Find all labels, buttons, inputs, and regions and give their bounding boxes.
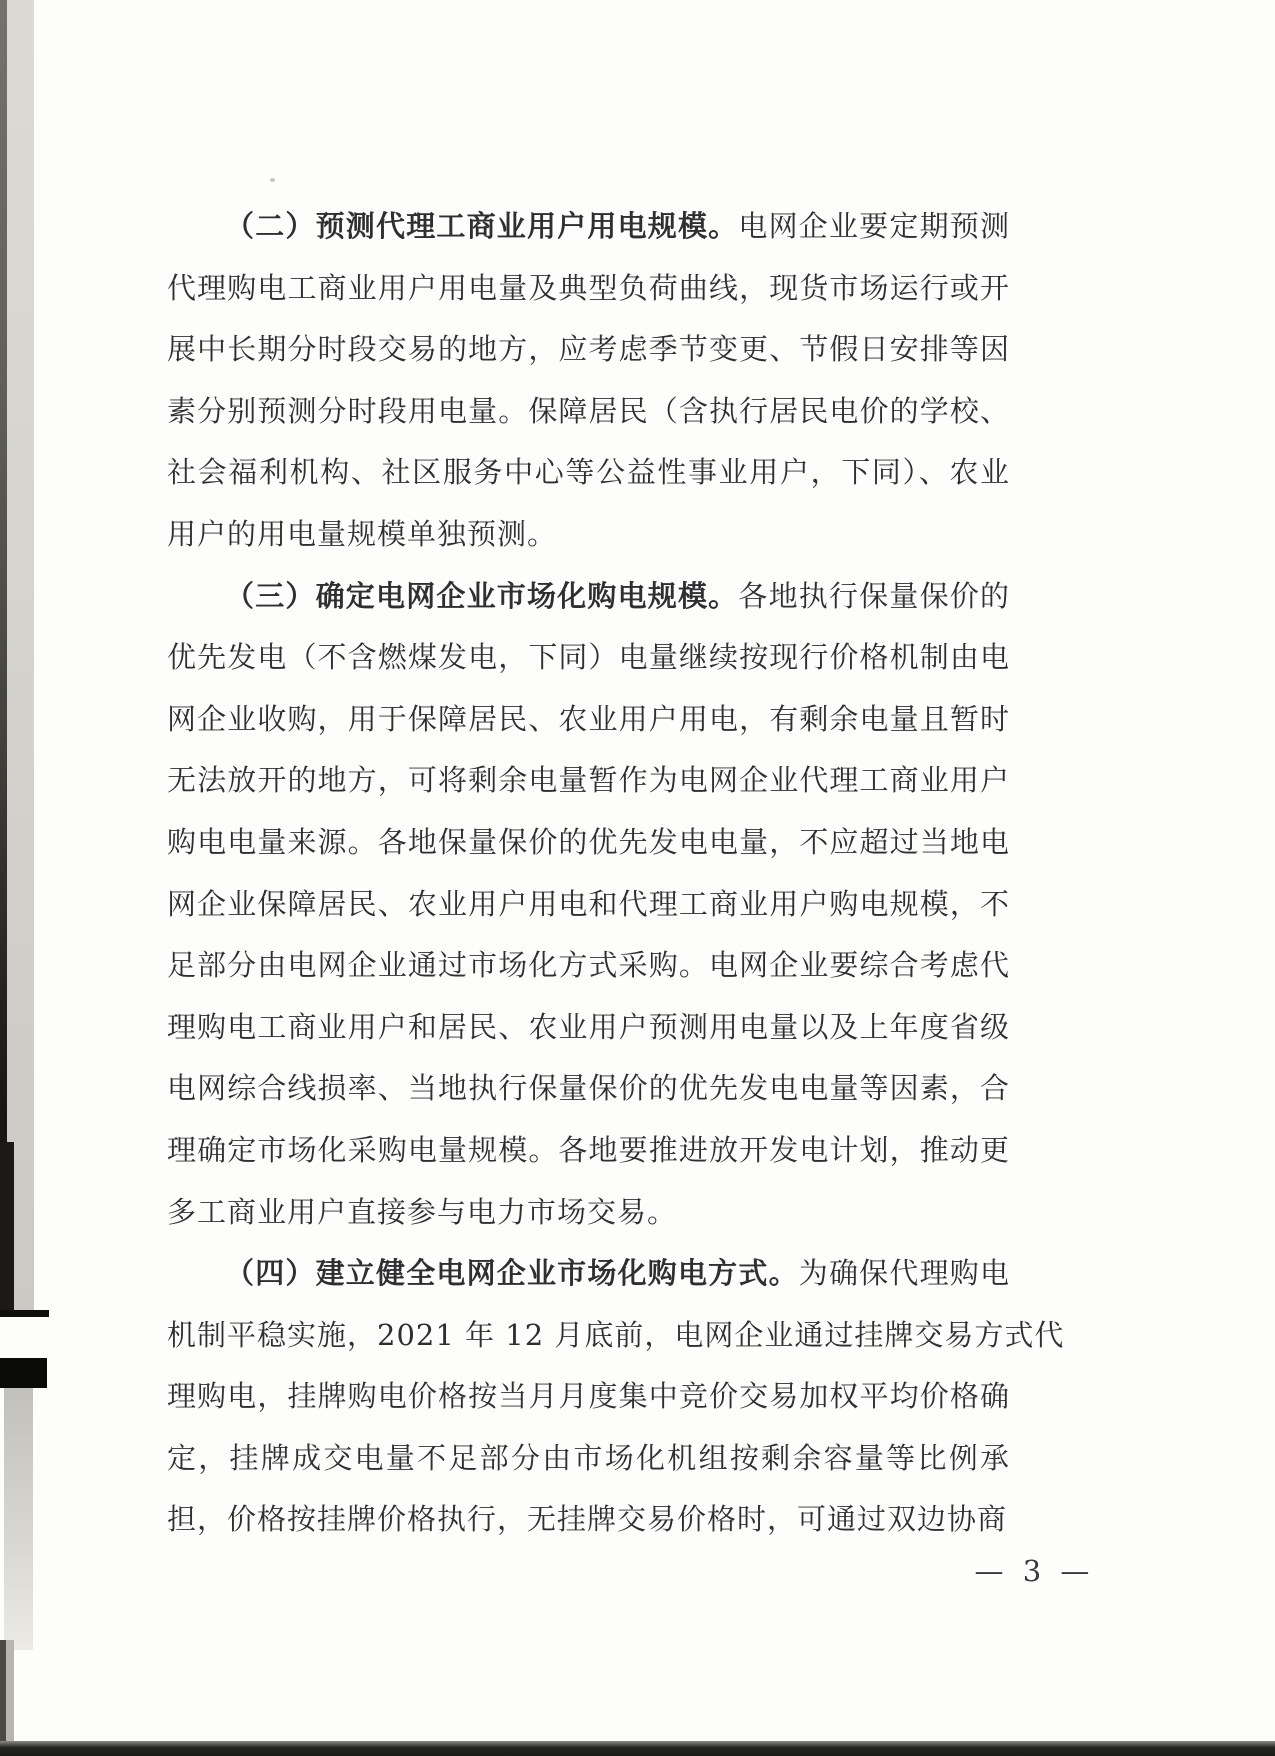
text-line: 机制平稳实施，2021 年 12 月底前，电网企业通过挂牌交易方式代 (167, 1305, 1010, 1367)
text-line: 社会福利机构、社区服务中心等公益性事业用户，下同）、农业 (167, 442, 1010, 504)
text-line: 网企业收购，用于保障居民、农业用户用电，有剩余电量且暂时 (167, 689, 1010, 751)
text-segment: 足部分由电网企业通过市场化方式采购。电网企业要综合考虑代 (167, 948, 1010, 982)
text-line: 无法放开的地方，可将剩余电量暂作为电网企业代理工商业用户 (167, 750, 1010, 812)
text-line: 素分别预测分时段用电量。保障居民（含执行居民电价的学校、 (167, 381, 1010, 443)
scan-artifact-bar (0, 1310, 49, 1317)
text-line: 网企业保障居民、农业用户用电和代理工商业用户购电规模，不 (167, 874, 1010, 936)
text-line: 理购电工商业用户和居民、农业用户预测用电量以及上年度省级 (167, 997, 1010, 1059)
text-line: 购电电量来源。各地保量保价的优先发电电量，不应超过当地电 (167, 812, 1010, 874)
scan-artifact-block-bottom (0, 1358, 47, 1388)
scan-edge-bottom-left-gray (6, 1640, 14, 1756)
text-segment: 电网企业要定期预测 (738, 209, 1010, 243)
text-line: 优先发电（不含燃煤发电，下同）电量继续按现行价格机制由电 (167, 627, 1010, 689)
text-segment: 担，价格按挂牌价格执行，无挂牌交易价格时，可通过双边协商 (167, 1502, 1007, 1536)
scan-artifact-block-top (0, 1142, 14, 1310)
text-line: （三）确定电网企业市场化购电规模。各地执行保量保价的 (167, 566, 1010, 628)
scan-edge-left-light (7, 0, 34, 1310)
scan-edge-bottom (0, 1741, 1275, 1756)
text-segment: 优先发电（不含燃煤发电，下同）电量继续按现行价格机制由电 (167, 640, 1010, 674)
text-segment: 各地执行保量保价的 (738, 579, 1010, 613)
text-segment: 定，挂牌成交电量不足部分由市场化机组按剩余容量等比例承 (167, 1441, 1010, 1475)
text-segment: 为确保代理购电 (799, 1256, 1010, 1290)
text-line: （四）建立健全电网企业市场化购电方式。为确保代理购电 (167, 1243, 1010, 1305)
scan-edge-left-dark (0, 0, 7, 1310)
text-segment: 理确定市场化采购电量规模。各地要推进放开发电计划，推动更 (167, 1133, 1010, 1167)
text-line: 多工商业用户直接参与电力市场交易。 (167, 1182, 1010, 1244)
text-line: 用户的用电量规模单独预测。 (167, 504, 1010, 566)
text-line: 理购电，挂牌购电价格按当月月度集中竞价交易加权平均价格确 (167, 1366, 1010, 1428)
text-segment: 机制平稳实施，2021 年 12 月底前，电网企业通过挂牌交易方式代 (167, 1318, 1064, 1352)
paragraph-heading: （四）建立健全电网企业市场化购电方式。 (225, 1256, 799, 1290)
paragraph-heading: （二）预测代理工商业用户用电规模。 (225, 209, 738, 243)
text-segment: 电网综合线损率、当地执行保量保价的优先发电电量等因素，合 (167, 1071, 1010, 1105)
text-segment: 代理购电工商业用户用电量及典型负荷曲线，现货市场运行或开 (167, 271, 1010, 305)
text-segment: 多工商业用户直接参与电力市场交易。 (167, 1195, 677, 1229)
text-block: （二）预测代理工商业用户用电规模。电网企业要定期预测代理购电工商业用户用电量及典… (167, 196, 1010, 1551)
page-number: — 3 — (902, 1550, 1162, 1592)
text-line: （二）预测代理工商业用户用电规模。电网企业要定期预测 (167, 196, 1010, 258)
text-segment: 用户的用电量规模单独预测。 (167, 517, 557, 551)
text-segment: 理购电，挂牌购电价格按当月月度集中竞价交易加权平均价格确 (167, 1379, 1010, 1413)
text-line: 展中长期分时段交易的地方，应考虑季节变更、节假日安排等因 (167, 319, 1010, 381)
text-segment: 展中长期分时段交易的地方，应考虑季节变更、节假日安排等因 (167, 332, 1010, 366)
document-page: （二）预测代理工商业用户用电规模。电网企业要定期预测代理购电工商业用户用电量及典… (0, 0, 1275, 1756)
scan-edge-lower (4, 1388, 33, 1650)
text-line: 担，价格按挂牌价格执行，无挂牌交易价格时，可通过双边协商 (167, 1489, 1010, 1551)
text-segment: 理购电工商业用户和居民、农业用户预测用电量以及上年度省级 (167, 1010, 1010, 1044)
text-segment: 购电电量来源。各地保量保价的优先发电电量，不应超过当地电 (167, 825, 1010, 859)
text-segment: 社会福利机构、社区服务中心等公益性事业用户，下同）、农业 (167, 455, 1010, 489)
text-line: 足部分由电网企业通过市场化方式采购。电网企业要综合考虑代 (167, 935, 1010, 997)
scan-speck (270, 178, 275, 182)
text-line: 代理购电工商业用户用电量及典型负荷曲线，现货市场运行或开 (167, 258, 1010, 320)
text-segment: 网企业收购，用于保障居民、农业用户用电，有剩余电量且暂时 (167, 702, 1010, 736)
text-segment: 网企业保障居民、农业用户用电和代理工商业用户购电规模，不 (167, 887, 1010, 921)
text-segment: 无法放开的地方，可将剩余电量暂作为电网企业代理工商业用户 (167, 763, 1010, 797)
text-line: 定，挂牌成交电量不足部分由市场化机组按剩余容量等比例承 (167, 1428, 1010, 1490)
text-segment: 素分别预测分时段用电量。保障居民（含执行居民电价的学校、 (167, 394, 1010, 428)
text-line: 电网综合线损率、当地执行保量保价的优先发电电量等因素，合 (167, 1058, 1010, 1120)
text-line: 理确定市场化采购电量规模。各地要推进放开发电计划，推动更 (167, 1120, 1010, 1182)
paragraph-heading: （三）确定电网企业市场化购电规模。 (225, 579, 738, 613)
